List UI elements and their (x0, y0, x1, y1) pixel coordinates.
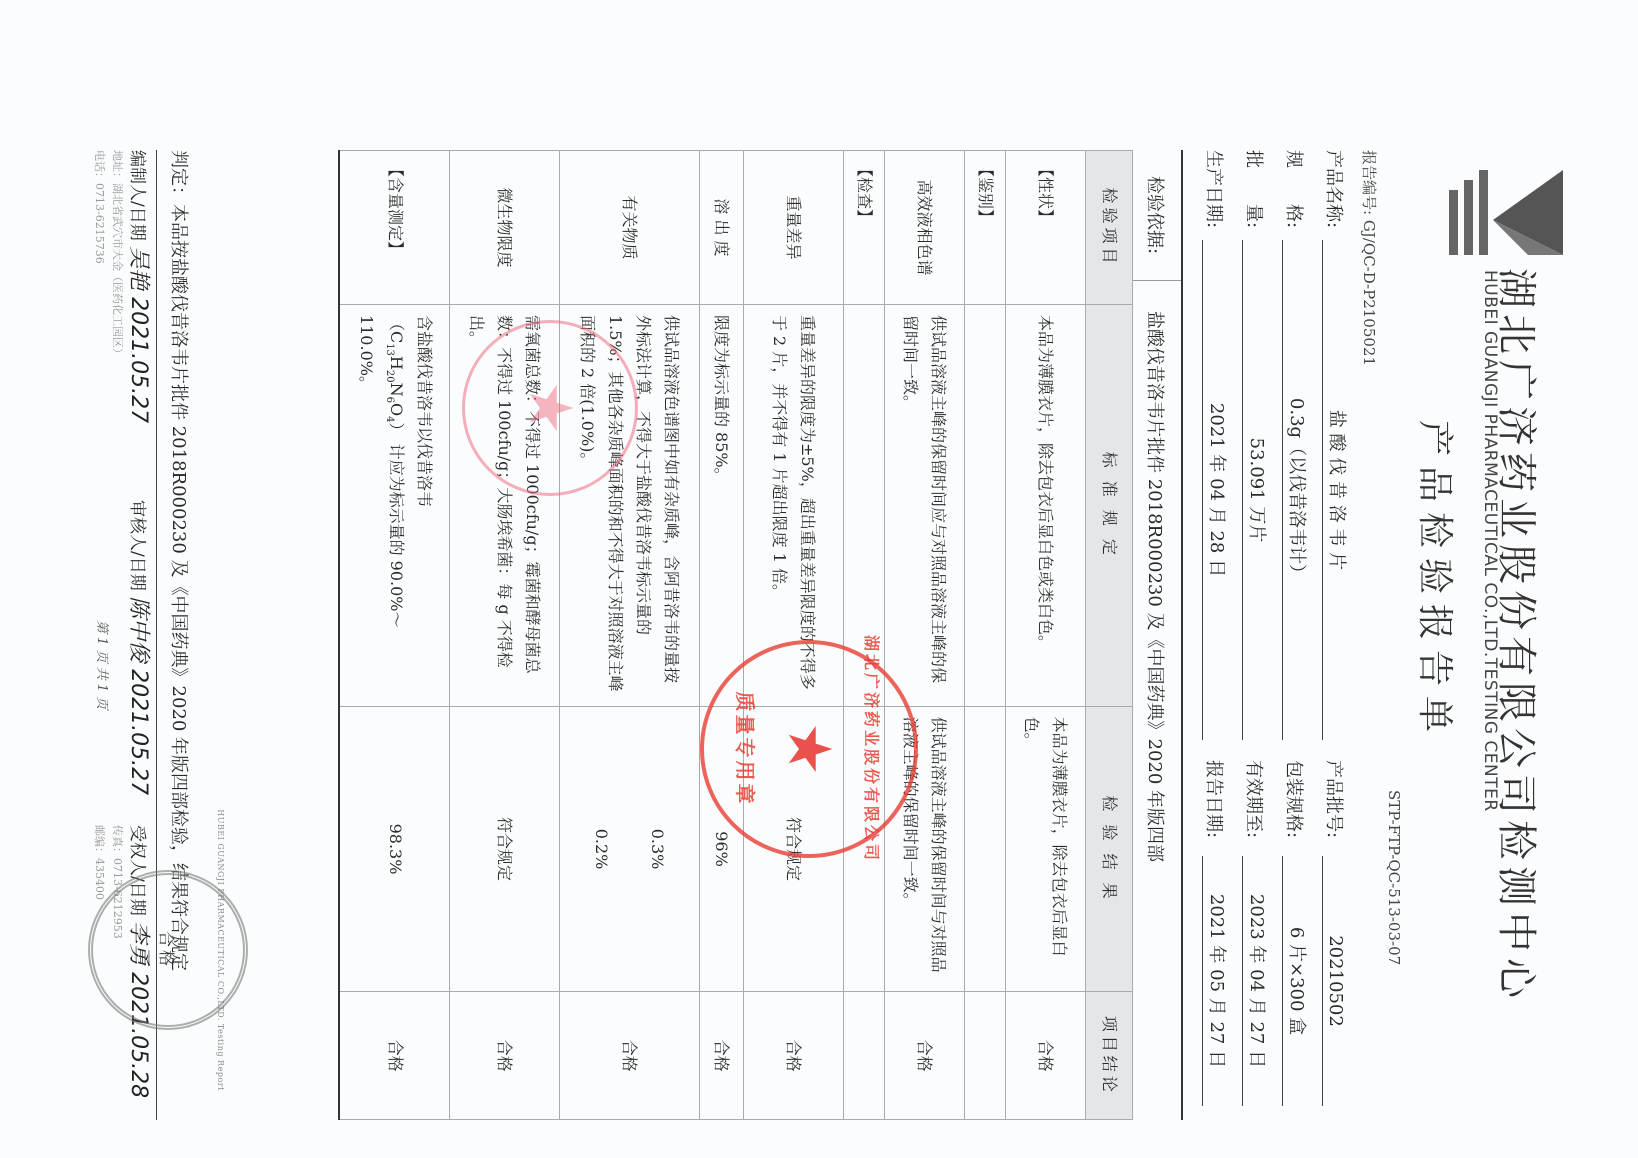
header-standard: 标 准 规 定 (1086, 304, 1133, 706)
row-item: 微生物限度 (450, 151, 560, 305)
row-standard (965, 304, 1006, 706)
document-title: 产品检验报告单 (1412, 420, 1463, 742)
table-row: 微生物限度 需氧菌总数：不得过 1000cfu/g；霉菌和酵母菌总数：不得过 1… (450, 151, 560, 1120)
table-row: 【检查】 (844, 151, 885, 1120)
header-item: 检验项目 (1086, 151, 1133, 305)
spec-value: 0.3g（以伐昔洛韦计） (1282, 240, 1311, 740)
row-standard: 需氧菌总数：不得过 1000cfu/g；霉菌和酵母菌总数：不得过 100cfu/… (450, 304, 560, 706)
row-conclusion: 合格 (700, 992, 744, 1120)
package-label: 包装规格: (1282, 760, 1308, 856)
spec-label: 规 格: (1282, 150, 1308, 240)
reviewer-signature: 审核人/日期 陈中俊 2021.05.27 (125, 500, 156, 795)
page-number: 第 1 页 共 1 页 (94, 620, 113, 709)
address: 地址：湖北省武穴市大金（医药化工园区） (110, 150, 126, 359)
approver-handwriting: 李勇 2021.05.28 (126, 921, 151, 1098)
chemical-formula: （C13H20N6O4） (387, 315, 406, 439)
compiler-handwriting: 吴艳 2021.05.27 (126, 246, 151, 423)
production-date-value: 2021 年 04 月 28 日 (1202, 240, 1231, 740)
form-code: STP-FTP-QC-513-03-07 (1385, 790, 1403, 965)
row-conclusion: 合格 (340, 992, 450, 1120)
postal-code: 邮编：435400 (92, 825, 108, 900)
header-conclusion: 项目结论 (1086, 992, 1133, 1120)
row-standard (844, 304, 885, 706)
reviewer-handwriting: 陈中俊 2021.05.27 (126, 596, 151, 795)
report-number: 报告编号: GJ/QC-D-P2105021 (1359, 150, 1380, 366)
row-result: 本品为薄膜衣片，除去包衣后显白色。 (1006, 706, 1086, 992)
test-basis: 检验依据: 盐酸伐昔洛韦片批件 2018R000230 及《中国药典》2020 … (1129, 150, 1183, 1120)
expiry-label: 有效期至: (1242, 760, 1268, 856)
report-date-value: 2021 年 05 月 27 日 (1202, 856, 1231, 1106)
row-item: 【检查】 (844, 151, 885, 305)
batch-no-value: 20210502 (1322, 856, 1346, 1106)
quantity-label: 批 量: (1242, 150, 1268, 240)
grey-seal-text: HUBEI GUANGJI PHARMACEUTICAL CO.,LTD. Te… (216, 809, 225, 1091)
phone: 电话：0713-6215736 (92, 150, 108, 264)
compiler-label: 编制人/日期 (127, 150, 147, 241)
row-item: 有关物质 (560, 151, 700, 305)
product-name-value: 盐 酸 伐 昔 洛 韦 片 (1322, 240, 1351, 740)
row-conclusion: 合格 (560, 992, 700, 1120)
result-acyclovir: 0.3% (644, 717, 672, 982)
report-number-label: 报告编号: (1360, 150, 1378, 215)
row-conclusion: 合格 (450, 992, 560, 1120)
row-conclusion: 合格 (744, 992, 844, 1120)
production-date-label: 生产日期: (1202, 150, 1228, 240)
fax: 传真：0713-6212953 (110, 825, 126, 939)
row-item: 溶 出 度 (700, 151, 744, 305)
info-row-product: 产品名称: 盐 酸 伐 昔 洛 韦 片 产品批号: 20210502 (1322, 150, 1356, 1106)
product-name-label: 产品名称: (1322, 150, 1348, 240)
table-row: 高效液相色谱 供试品溶液主峰的保留时间应与对照品溶液主峰的保留时间一致。 供试品… (885, 151, 965, 1120)
row-conclusion (844, 992, 885, 1120)
row-result: 符合规定 (450, 706, 560, 992)
row-item: 【性状】 (1006, 151, 1086, 305)
results-table: 检验项目 标 准 规 定 检 验 结 果 项目结论 【性状】 本品为薄膜衣片，除… (339, 150, 1134, 1120)
table-row: 【性状】 本品为薄膜衣片，除去包衣后显白色或类白色。 本品为薄膜衣片，除去包衣后… (1006, 151, 1086, 1120)
report-date-label: 报告日期: (1202, 760, 1228, 856)
reviewer-label: 审核人/日期 (127, 500, 147, 591)
row-standard: 重量差异的限度为±5%，超出重量差异限度的不得多于 2 片，并不得有 1 片超出… (744, 304, 844, 706)
approver-label: 受权人/日期 (127, 825, 147, 916)
test-basis-text: 盐酸伐昔洛韦片批件 2018R000230 及《中国药典》2020 年版四部 (1143, 281, 1169, 862)
row-standard: 含盐酸伐昔洛韦以伐昔洛韦 （C13H20N6O4） 计应为标示量的 90.0%～… (340, 304, 450, 706)
row-result: 供试品溶液主峰的保留时间与对照品溶液主峰的保留时间一致。 (885, 706, 965, 992)
row-item: 高效液相色谱 (885, 151, 965, 305)
row-item: 【鉴别】 (965, 151, 1006, 305)
row-standard: 限度为标示量的 85%。 (700, 304, 744, 706)
row-result: 0.3% 0.2% (560, 706, 700, 992)
table-row: 溶 出 度 限度为标示量的 85%。 96% 合格 (700, 151, 744, 1120)
batch-no-label: 产品批号: (1322, 760, 1348, 856)
row-result: 96% (700, 706, 744, 992)
info-row-spec: 规 格: 0.3g（以伐昔洛韦计） 包装规格: 6 片×300 盒 (1282, 150, 1316, 1106)
quantity-value: 53.091 万片 (1242, 240, 1271, 740)
row-result: 98.3% (340, 706, 450, 992)
table-row: 有关物质 供试品溶液色谱图中如有杂质峰，含阿昔洛韦的量按外标法计算，不得大于盐酸… (560, 151, 700, 1120)
row-result (965, 706, 1006, 992)
compiler-signature: 编制人/日期 吴艳 2021.05.27 (125, 150, 156, 423)
table-header-row: 检验项目 标 准 规 定 检 验 结 果 项目结论 (1086, 151, 1133, 1120)
judgement: 判定：本品按盐酸伐昔洛韦片批件 2018R000230 及《中国药典》2020 … (156, 150, 193, 1120)
header-result: 检 验 结 果 (1086, 706, 1133, 992)
row-item: 重量差异 (744, 151, 844, 305)
test-basis-label: 检验依据: (1131, 150, 1181, 281)
row-standard: 供试品溶液色谱图中如有杂质峰，含阿昔洛韦的量按外标法计算，不得大于盐酸伐昔洛韦标… (560, 304, 700, 706)
row-conclusion: 合格 (1006, 992, 1086, 1120)
row-standard: 供试品溶液主峰的保留时间应与对照品溶液主峰的保留时间一致。 (885, 304, 965, 706)
table-row: 重量差异 重量差异的限度为±5%，超出重量差异限度的不得多于 2 片，并不得有 … (744, 151, 844, 1120)
company-logo-icon (1438, 160, 1568, 260)
row-result (844, 706, 885, 992)
row-result: 符合规定 (744, 706, 844, 992)
row-conclusion (965, 992, 1006, 1120)
approver-signature: 受权人/日期 李勇 2021.05.28 (125, 825, 156, 1098)
package-value: 6 片×300 盒 (1282, 856, 1311, 1106)
test-report-page: 湖北广济药业股份有限公司检测中心 HUBEI GUANGJI PHARMACEU… (0, 0, 1638, 1158)
table-row: 【含量测定】 含盐酸伐昔洛韦以伐昔洛韦 （C13H20N6O4） 计应为标示量的… (340, 151, 450, 1120)
company-name-en: HUBEI GUANGJI PHARMACEUTICAL CO.,LTD.TES… (1480, 270, 1500, 812)
info-row-dates: 生产日期: 2021 年 04 月 28 日 报告日期: 2021 年 05 月… (1202, 150, 1236, 1106)
row-item: 【含量测定】 (340, 151, 450, 305)
info-row-quantity: 批 量: 53.091 万片 有效期至: 2023 年 04 月 27 日 (1242, 150, 1276, 1106)
expiry-value: 2023 年 04 月 27 日 (1242, 856, 1271, 1106)
report-number-value: GJ/QC-D-P2105021 (1360, 220, 1378, 366)
table-row: 【鉴别】 (965, 151, 1006, 1120)
result-other-impurities: 0.2% (588, 717, 616, 982)
standard-text-a: 含盐酸伐昔洛韦以伐昔洛韦 (415, 315, 434, 507)
row-standard: 本品为薄膜衣片，除去包衣后显白色或类白色。 (1006, 304, 1086, 706)
row-conclusion: 合格 (885, 992, 965, 1120)
